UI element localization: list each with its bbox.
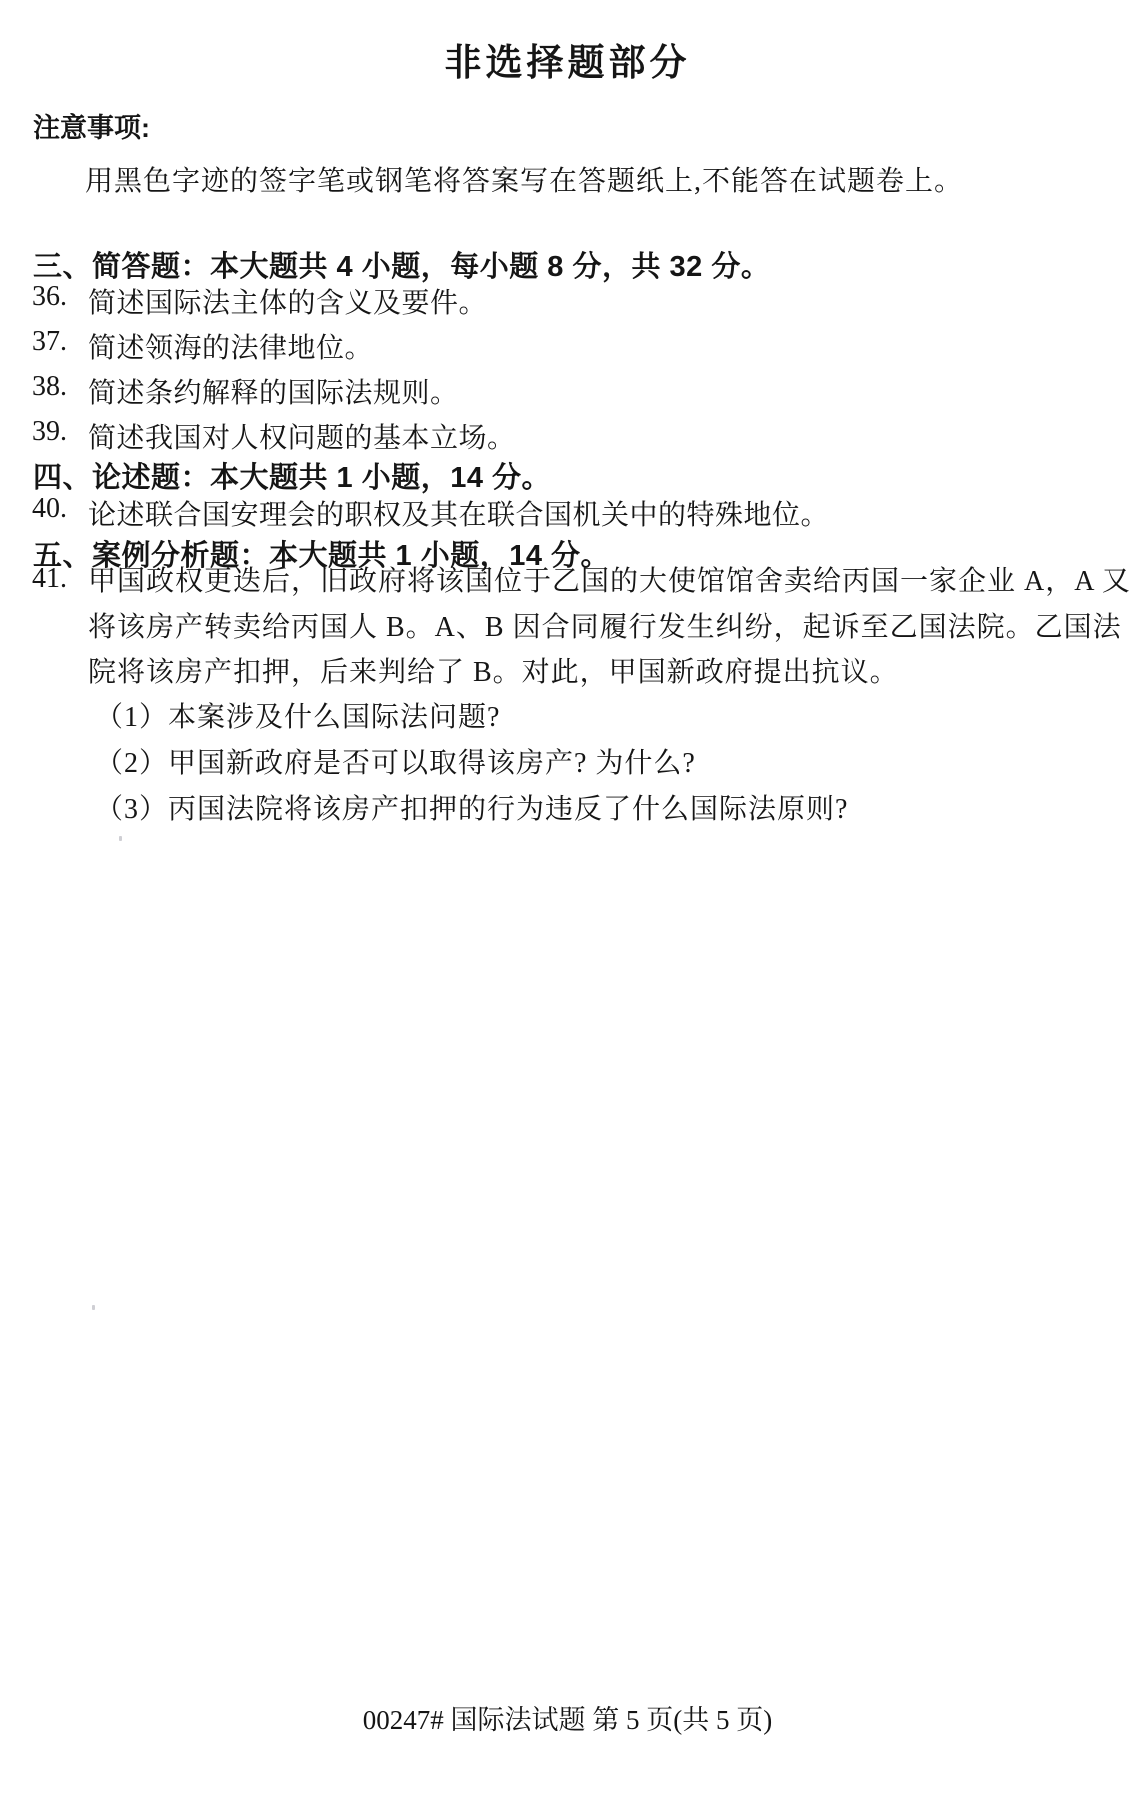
scan-speck bbox=[119, 836, 122, 841]
question-text: 简述我国对人权问题的基本立场。 bbox=[88, 416, 516, 456]
question-41: 41. 甲国政权更迭后，旧政府将该国位于乙国的大使馆馆舍卖给丙国一家企业 A，A… bbox=[32, 563, 1131, 696]
question-paragraph: 甲国政权更迭后，旧政府将该国位于乙国的大使馆馆舍卖给丙国一家企业 A，A 又 将… bbox=[88, 559, 1131, 696]
question-36: 36. 简述国际法主体的含义及要件。 bbox=[32, 281, 487, 321]
question-text: 简述领海的法律地位。 bbox=[88, 326, 373, 366]
exam-paper-page: 非选择题部分 注意事项: 用黑色字迹的签字笔或钢笔将答案写在答题纸上,不能答在试… bbox=[0, 0, 1135, 1794]
question-text: 简述条约解释的国际法规则。 bbox=[88, 371, 459, 411]
question-number: 37. bbox=[32, 326, 88, 358]
paragraph-line: 院将该房产扣押，后来判给了 B。对此，甲国新政府提出抗议。 bbox=[88, 650, 1131, 696]
page-title: 非选择题部分 bbox=[0, 32, 1135, 86]
page-footer: 00247# 国际法试题 第 5 页(共 5 页) bbox=[0, 1698, 1135, 1737]
notice-label: 注意事项: bbox=[33, 106, 150, 145]
question-number: 39. bbox=[32, 416, 88, 448]
section-heading-essay: 四、论述题：本大题共 1 小题，14 分。 bbox=[33, 455, 551, 496]
section-heading-short-answer: 三、简答题：本大题共 4 小题，每小题 8 分，共 32 分。 bbox=[33, 244, 770, 285]
paragraph-line: 甲国政权更迭后，旧政府将该国位于乙国的大使馆馆舍卖给丙国一家企业 A，A 又 bbox=[88, 559, 1131, 605]
question-39: 39. 简述我国对人权问题的基本立场。 bbox=[32, 416, 516, 456]
question-number: 38. bbox=[32, 371, 88, 403]
question-number: 41. bbox=[32, 563, 88, 595]
question-text: 简述国际法主体的含义及要件。 bbox=[88, 281, 487, 321]
question-number: 36. bbox=[32, 281, 88, 313]
subquestion-1: （1）本案涉及什么国际法问题? bbox=[95, 695, 500, 735]
paragraph-line: 将该房产转卖给丙国人 B。A、B 因合同履行发生纠纷，起诉至乙国法院。乙国法 bbox=[88, 605, 1131, 651]
question-text: 论述联合国安理会的职权及其在联合国机关中的特殊地位。 bbox=[88, 493, 829, 533]
subquestion-2: （2）甲国新政府是否可以取得该房产? 为什么? bbox=[95, 741, 696, 781]
scan-speck bbox=[92, 1305, 95, 1310]
notice-text: 用黑色字迹的签字笔或钢笔将答案写在答题纸上,不能答在试题卷上。 bbox=[85, 159, 963, 199]
question-40: 40. 论述联合国安理会的职权及其在联合国机关中的特殊地位。 bbox=[32, 493, 829, 533]
question-37: 37. 简述领海的法律地位。 bbox=[32, 326, 373, 366]
question-number: 40. bbox=[32, 493, 88, 525]
subquestion-3: （3）丙国法院将该房产扣押的行为违反了什么国际法原则? bbox=[95, 787, 848, 827]
question-38: 38. 简述条约解释的国际法规则。 bbox=[32, 371, 459, 411]
